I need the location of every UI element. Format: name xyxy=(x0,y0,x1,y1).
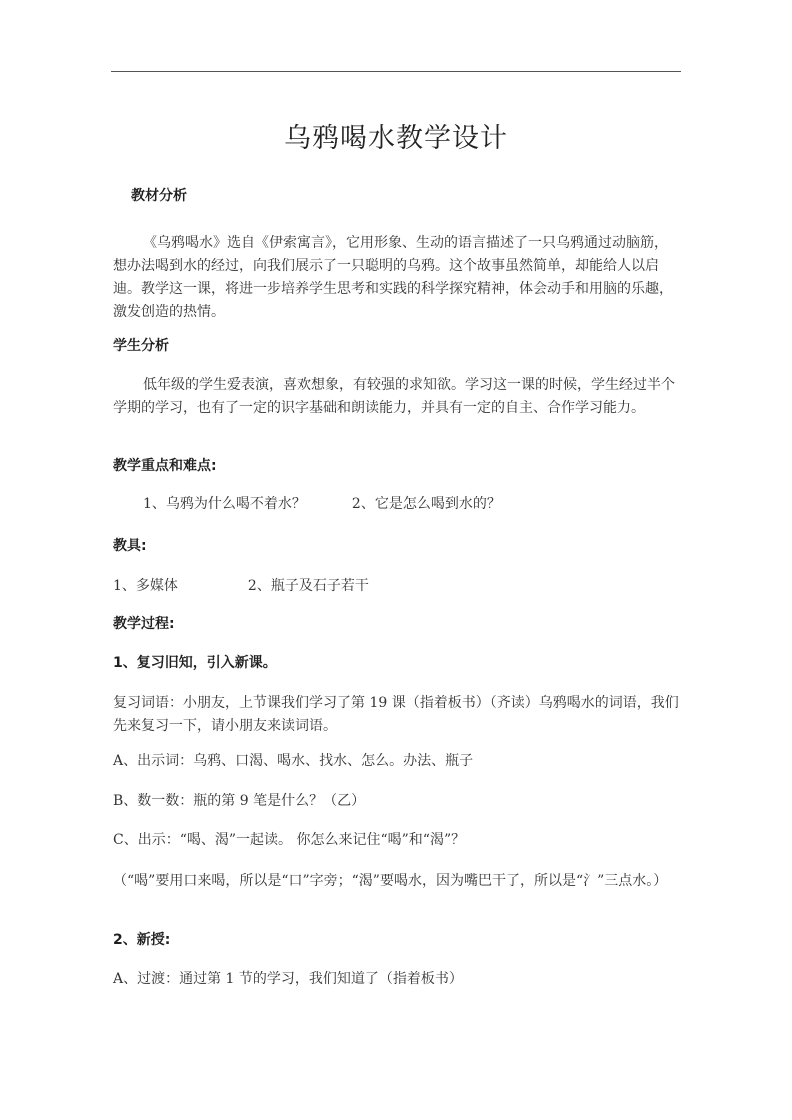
paragraph-step1-a: A、出示词：乌鸦、口渴、喝水、找水、怎么。办法、瓶子 xyxy=(113,751,681,772)
paragraph-student-analysis: 低年级的学生爱表演，喜欢想象，有较强的求知欲。学习这一课的时候，学生经过半个学期… xyxy=(113,374,681,420)
heading-material-analysis: 教材分析 xyxy=(131,186,699,207)
heading-key-points: 教学重点和难点: xyxy=(113,456,681,477)
paragraph-material-analysis: 《乌鸦喝水》选自《伊索寓言》，它用形象、生动的语言描述了一只乌鸦通过动脑筋，想办… xyxy=(113,232,681,324)
teaching-aid-item: 1、多媒体 xyxy=(113,578,178,594)
header-rule xyxy=(111,71,681,72)
paragraph-step1-explain: （“喝”要用口来喝，所以是“口”字旁；“渴”要喝水，因为嘴巴干了，所以是“氵”三… xyxy=(113,870,681,893)
teaching-aid-item: 2、瓶子及石子若干 xyxy=(248,578,369,594)
document-title: 乌鸦喝水教学设计 xyxy=(0,116,792,155)
paragraph-review: 复习词语：小朋友，上节课我们学习了第 19 课（指着板书）（齐读）乌鸦喝水的词语… xyxy=(113,692,681,738)
paragraph-step1-c: C、出示：“喝、渴”一起读。 你怎么来记住“喝”和“渴”？ xyxy=(113,830,681,851)
paragraph-step2-a: A、过渡：通过第 1 节的学习，我们知道了（指着板书） xyxy=(113,969,681,990)
heading-teaching-process: 教学过程: xyxy=(113,614,681,635)
key-points-list: 1、乌鸦为什么喝不着水？2、它是怎么喝到水的？ xyxy=(113,494,681,515)
key-point-item: 2、它是怎么喝到水的？ xyxy=(352,496,501,512)
key-point-item: 1、乌鸦为什么喝不着水？ xyxy=(143,496,306,512)
heading-step-2: 2、新授: xyxy=(113,930,681,951)
teaching-aids-list: 1、多媒体2、瓶子及石子若干 xyxy=(113,576,681,597)
heading-student-analysis: 学生分析 xyxy=(113,336,681,357)
heading-teaching-aids: 教具: xyxy=(113,536,681,557)
paragraph-step1-b: B、数一数：瓶的第 9 笔是什么？（乙） xyxy=(113,791,681,812)
heading-step-1: 1、复习旧知，引入新课。 xyxy=(113,653,681,674)
